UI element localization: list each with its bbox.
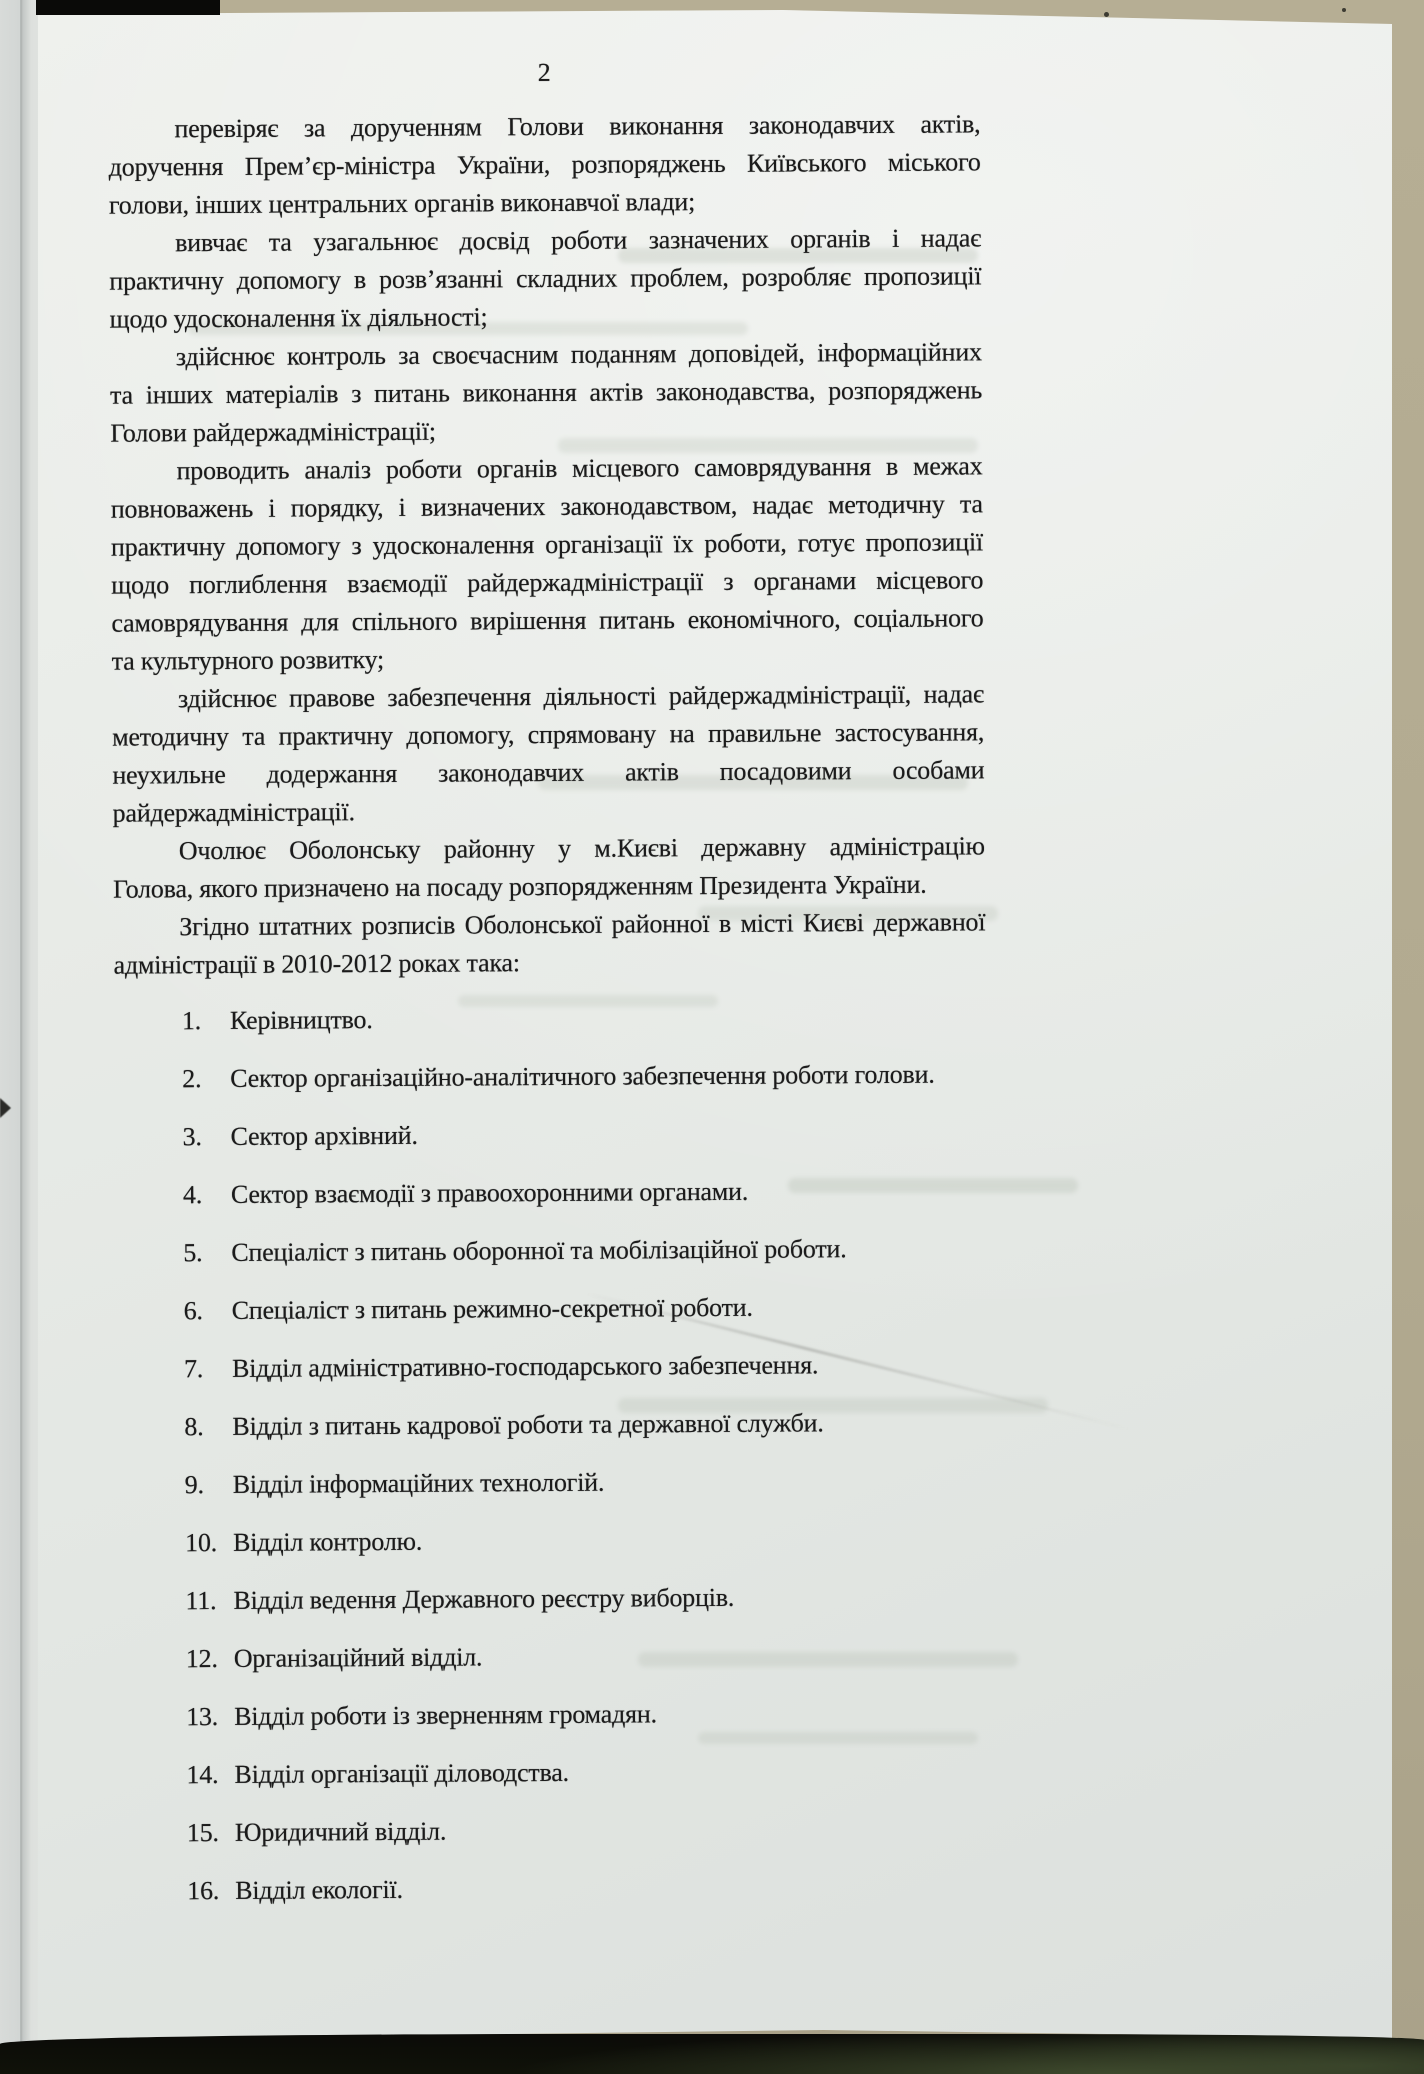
page-edge-mark <box>0 1098 11 1118</box>
list-item: 3.Сектор архівний. <box>182 1113 986 1156</box>
paragraph: вивчає та узагальнює досвід роботи зазна… <box>109 219 982 338</box>
list-item-label: Відділ роботи із зверненням громадян. <box>234 1695 657 1736</box>
list-item-number: 6. <box>184 1292 232 1330</box>
text-line: адміністрації в 2010-2012 роках така: <box>113 941 985 984</box>
list-item-number: 1. <box>182 1002 230 1040</box>
list-item-label: Відділ з питань кадрової роботи та держа… <box>232 1404 823 1446</box>
text-line: практичну допомогу в розв’язанні складни… <box>109 257 981 300</box>
list-item-label: Сектор взаємодії з правоохоронними орган… <box>231 1173 748 1214</box>
list-item-number: 14. <box>186 1756 234 1794</box>
list-item: 2.Сектор організаційно-аналітичного забе… <box>182 1055 986 1098</box>
list-item: 6.Спеціаліст з питань режимно-секретної … <box>184 1287 988 1330</box>
list-item-number: 5. <box>183 1234 231 1272</box>
list-item-label: Сектор організаційно-аналітичного забезп… <box>230 1056 935 1098</box>
text-line: практичну допомогу з удосконалення орган… <box>111 523 983 566</box>
text-line: методичну та практичну допомогу, спрямов… <box>112 713 984 756</box>
list-item: 7.Відділ адміністративно-господарського … <box>184 1345 988 1388</box>
list-item-number: 10. <box>185 1524 233 1562</box>
text-line: доручення Прем’єр-міністра України, розп… <box>109 143 981 186</box>
paragraph: здійснює правове забезпечення діяльності… <box>112 675 985 832</box>
text-line: щодо поглиблення взаємодії райдержадміні… <box>111 561 983 604</box>
list-item-label: Відділ інформаційних технологій. <box>233 1464 605 1504</box>
paragraph: проводить аналіз роботи органів місцевог… <box>110 447 983 680</box>
dust-speck <box>1342 8 1346 12</box>
list-item-number: 7. <box>184 1350 232 1388</box>
paragraph: Очолює Оболонську районну у м.Києві держ… <box>113 827 985 908</box>
list-item-number: 12. <box>186 1640 234 1678</box>
paragraph: Згідно штатних розписів Оболонської райо… <box>113 903 985 984</box>
list-item: 1.Керівництво. <box>182 997 986 1040</box>
document-page: 2 перевіряє за дорученням Голови виконан… <box>38 10 1392 2048</box>
text-line: вивчає та узагальнює досвід роботи зазна… <box>109 219 981 262</box>
list-item: 8.Відділ з питань кадрової роботи та дер… <box>184 1403 988 1446</box>
list-item-label: Керівництво. <box>230 1001 373 1040</box>
list-item: 11.Відділ ведення Державного реєстру виб… <box>185 1577 989 1620</box>
list-item-number: 13. <box>186 1698 234 1736</box>
page-number: 2 <box>108 51 980 94</box>
binder-shadow-strip <box>36 0 220 15</box>
list-item-label: Спеціаліст з питань режимно-секретної ро… <box>232 1289 753 1330</box>
list-item: 13.Відділ роботи із зверненням громадян. <box>186 1693 990 1736</box>
text-line: повноважень і порядку, і визначених зако… <box>111 485 983 528</box>
text-line: Голови райдержадміністрації; <box>110 409 982 452</box>
list-item: 14.Відділ організації діловодства. <box>186 1751 990 1794</box>
document-body-text: 2 перевіряє за дорученням Голови виконан… <box>108 51 991 1930</box>
list-item: 10.Відділ контролю. <box>185 1519 989 1562</box>
list-item-number: 8. <box>184 1408 232 1446</box>
text-line: Згідно штатних розписів Оболонської райо… <box>113 903 985 946</box>
list-item: 9.Відділ інформаційних технологій. <box>185 1461 989 1504</box>
list-item-number: 11. <box>185 1582 233 1620</box>
text-line: здійснює контроль за своєчасним поданням… <box>110 333 982 376</box>
text-line: самоврядування для спільного вирішення п… <box>111 599 983 642</box>
text-line: неухильне додержання законодавчих актів … <box>112 751 984 794</box>
list-item-number: 15. <box>187 1814 235 1852</box>
text-line: Очолює Оболонську районну у м.Києві держ… <box>113 827 985 870</box>
text-line: перевіряє за дорученням Голови виконання… <box>108 105 980 148</box>
list-item-number: 3. <box>182 1118 230 1156</box>
dust-speck <box>1104 12 1109 17</box>
list-item-number: 9. <box>185 1466 233 1504</box>
list-item: 15.Юридичний відділ. <box>187 1809 991 1852</box>
list-item: 4.Сектор взаємодії з правоохоронними орг… <box>183 1171 987 1214</box>
text-line: здійснює правове забезпечення діяльності… <box>112 675 984 718</box>
list-item-label: Відділ контролю. <box>233 1523 422 1562</box>
list-item-label: Сектор архівний. <box>230 1117 417 1156</box>
list-item-label: Спеціаліст з питань оборонної та мобіліз… <box>231 1230 846 1272</box>
list-item-number: 4. <box>183 1176 231 1214</box>
text-line: проводить аналіз роботи органів місцевог… <box>110 447 982 490</box>
text-line: та культурного розвитку; <box>112 637 984 680</box>
list-item: 12.Організаційний відділ. <box>186 1635 990 1678</box>
text-line: райдержадміністрації. <box>113 789 985 832</box>
text-line: та інших матеріалів з питань виконання а… <box>110 371 982 414</box>
list-item-label: Юридичний відділ. <box>235 1813 447 1852</box>
text-line: Голова, якого призначено на посаду розпо… <box>113 865 985 908</box>
text-line: голови, інших центральних органів викона… <box>109 181 981 224</box>
desk-surface <box>0 2034 1424 2074</box>
org-structure-list: 1.Керівництво. 2.Сектор організаційно-ан… <box>114 997 992 1910</box>
list-item-label: Відділ адміністративно-господарського за… <box>232 1346 818 1388</box>
list-item-label: Відділ організації діловодства. <box>234 1754 569 1794</box>
list-item: 5.Спеціаліст з питань оборонної та мобіл… <box>183 1229 987 1272</box>
paragraph: перевіряє за дорученням Голови виконання… <box>108 105 981 224</box>
list-item-label: Відділ екології. <box>235 1871 403 1910</box>
list-item-label: Відділ ведення Державного реєстру виборц… <box>233 1579 734 1620</box>
list-item-number: 16. <box>187 1872 235 1910</box>
list-item: 16.Відділ екології. <box>187 1867 991 1910</box>
paragraph: здійснює контроль за своєчасним поданням… <box>110 333 983 452</box>
text-line: щодо удосконалення їх діяльності; <box>109 295 981 338</box>
list-item-number: 2. <box>182 1060 230 1098</box>
list-item-label: Організаційний відділ. <box>234 1638 483 1678</box>
scanned-document-photo: 2 перевіряє за дорученням Голови виконан… <box>0 0 1424 2074</box>
